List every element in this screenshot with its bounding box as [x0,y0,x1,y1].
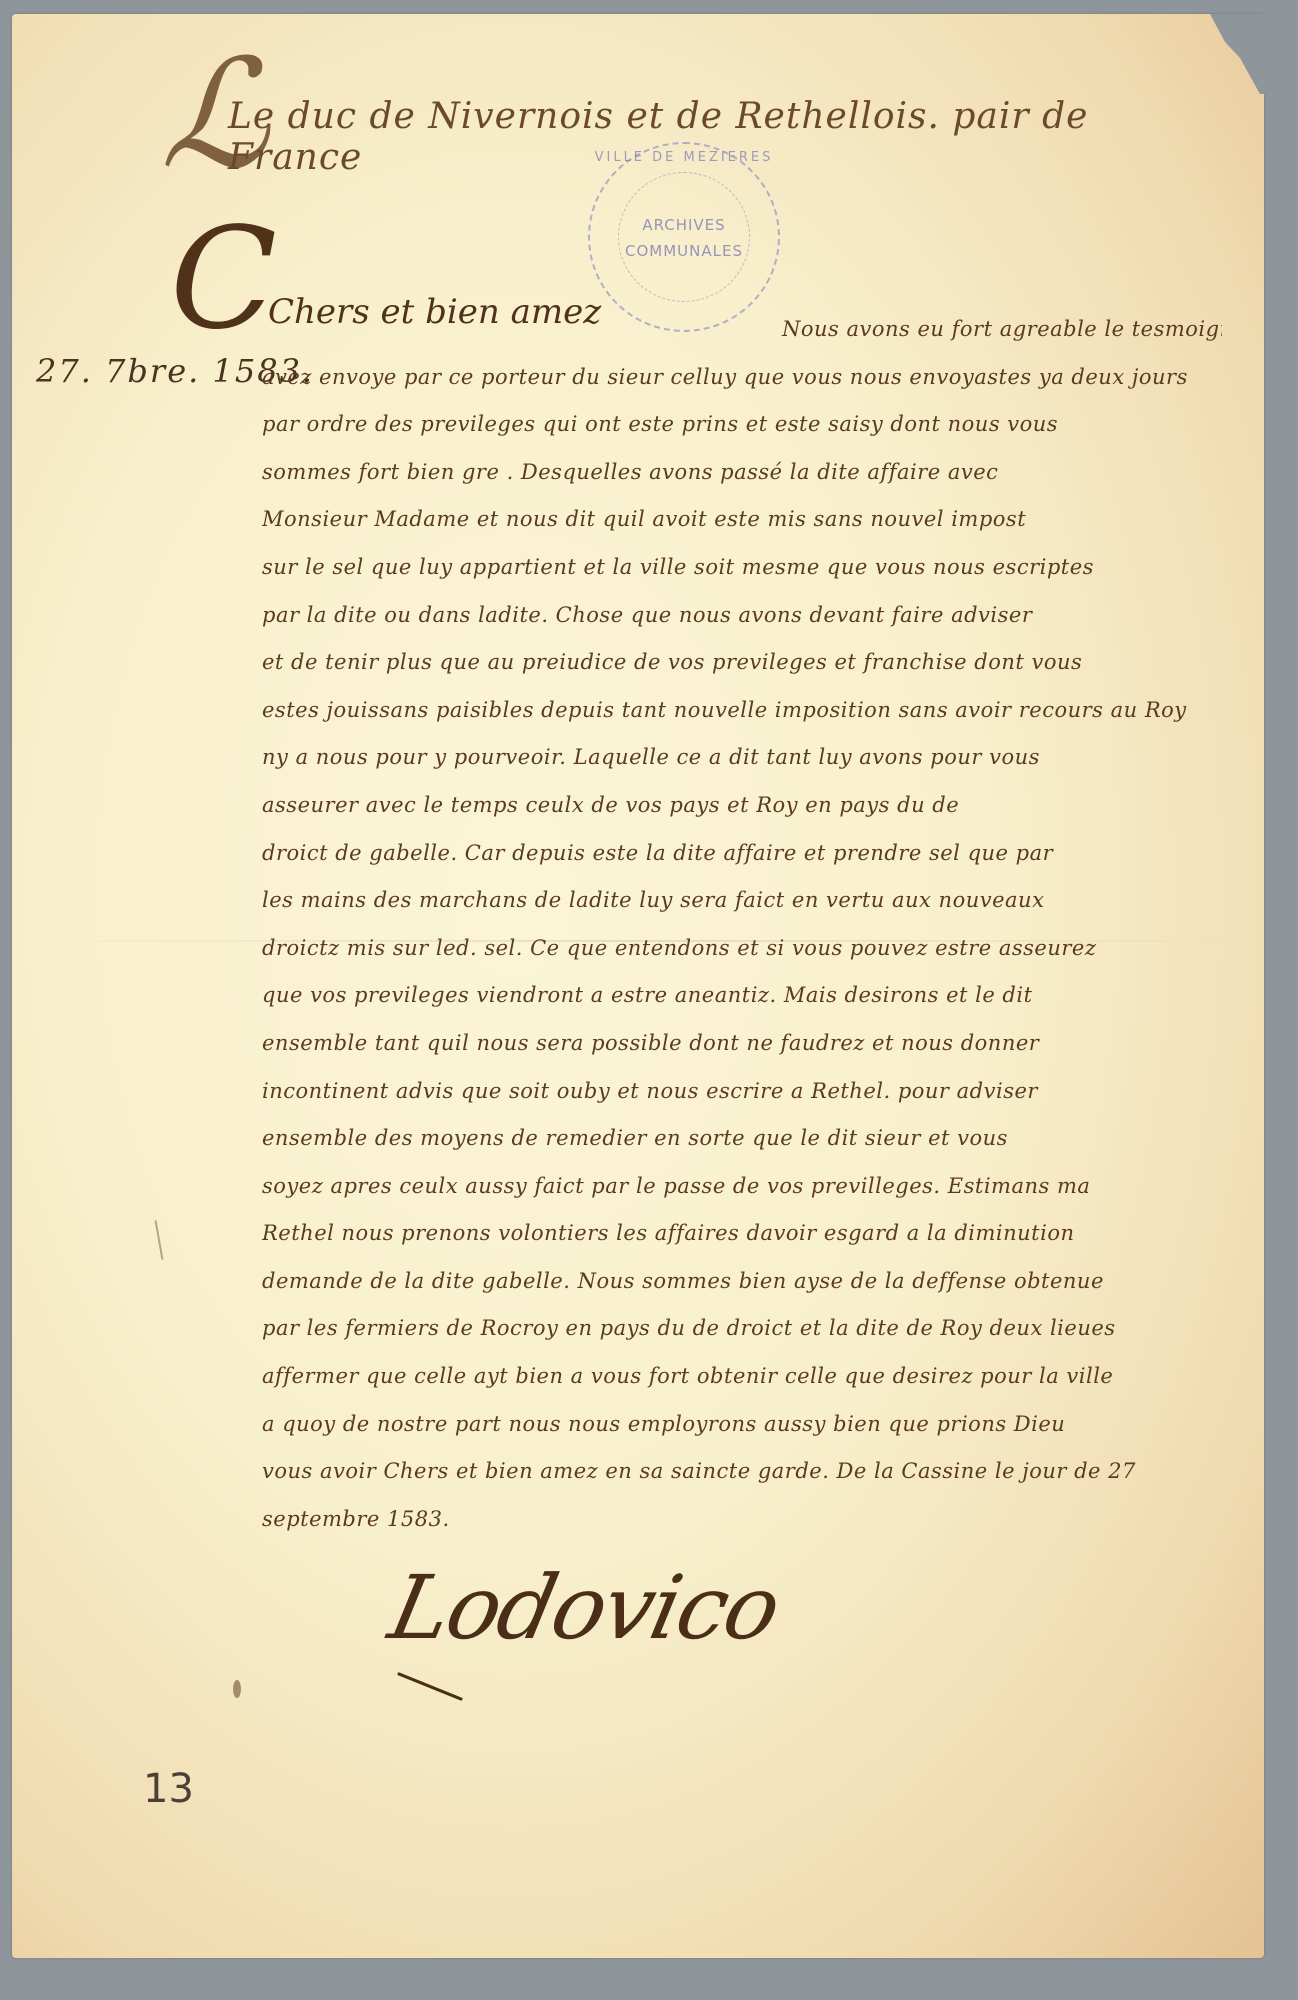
body-line: droictz mis sur led. sel. Ce que entendo… [262,925,1222,973]
page-number: 13 [143,1766,194,1812]
body-line: droict de gabelle. Car depuis este la di… [262,830,1222,878]
body-line: sur le sel que luy appartient et la vill… [262,544,1222,592]
ink-mark [233,1680,241,1698]
body-line: les mains des marchans de ladite luy ser… [262,877,1222,925]
body-line: affermer que celle ayt bien a vous fort … [262,1353,1222,1401]
signature: Lodovico [381,1556,788,1659]
body-line: a quoy de nostre part nous nous employro… [262,1401,1222,1449]
body-line: par la dite ou dans ladite. Chose que no… [262,592,1222,640]
body-line: septembre 1583. [262,1496,1222,1544]
stamp-center-line-1: ARCHIVES [590,216,778,234]
body-line: et de tenir plus que au preiudice de vos… [262,639,1222,687]
letter-body: Nous avons eu fort agreable le tesmoigna… [262,306,1222,1543]
stamp-center-line-2: COMMUNALES [590,242,778,260]
body-line: Rethel nous prenons volontiers les affai… [262,1210,1222,1258]
body-line: sommes fort bien gre . Desquelles avons … [262,449,1222,497]
body-line: asseurer avec le temps ceulx de vos pays… [262,782,1222,830]
body-line: demande de la dite gabelle. Nous sommes … [262,1258,1222,1306]
body-line: par les fermiers de Rocroy en pays du de… [262,1305,1222,1353]
body-line: ny a nous pour y pourveoir. Laquelle ce … [262,734,1222,782]
body-line: vous avoir Chers et bien amez en sa sain… [262,1448,1222,1496]
body-line: avez envoye par ce porteur du sieur cell… [262,354,1222,402]
stamp-ring-text: VILLE DE MEZIERES [590,150,778,165]
body-line: Monsieur Madame et nous dit quil avoit e… [262,496,1222,544]
body-line: soyez apres ceulx aussy faict par le pas… [262,1163,1222,1211]
body-line: estes jouissans paisibles depuis tant no… [262,687,1222,735]
body-line: ensemble des moyens de remedier en sorte… [262,1115,1222,1163]
archive-stamp: VILLE DE MEZIERES ARCHIVES COMMUNALES [588,142,780,332]
body-line: Nous avons eu fort agreable le tesmoigna… [262,306,1222,354]
body-line: incontinent advis que soit ouby et nous … [262,1068,1222,1116]
body-line: ensemble tant quil nous sera possible do… [262,1020,1222,1068]
stamp-inner-ring [618,172,750,302]
body-line: par ordre des previleges qui ont este pr… [262,401,1222,449]
body-line: que vos previleges viendront a estre ane… [262,972,1222,1020]
